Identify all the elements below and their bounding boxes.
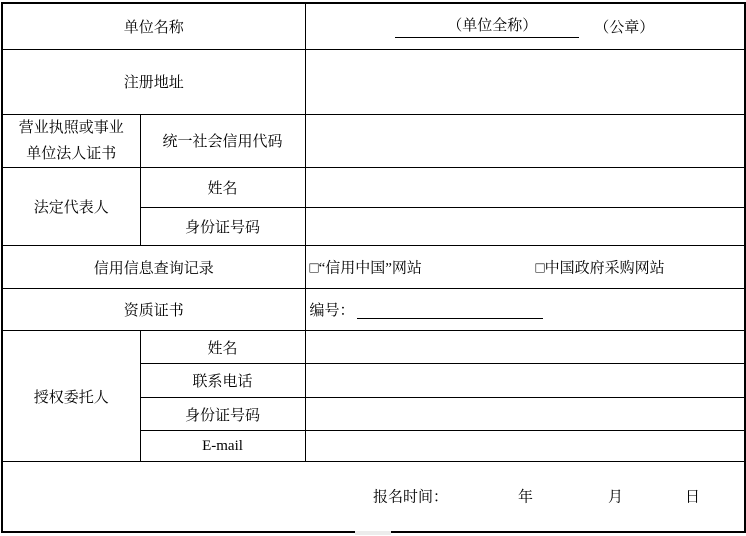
row-legal-rep-name: 法定代表人 姓名 — [2, 168, 745, 208]
qualification-label-cell: 资质证书 — [2, 289, 305, 331]
registered-address-label: 注册地址 — [124, 75, 184, 91]
seal-label: （公章） — [594, 16, 654, 37]
agent-id-label: 身份证号码 — [185, 408, 260, 424]
row-unit-name: 单位名称 （单位全称） （公章） — [2, 3, 745, 49]
credit-code-value-cell[interactable] — [305, 114, 745, 168]
qualification-number-blank[interactable] — [357, 300, 543, 319]
credit-code-label-cell: 统一社会信用代码 — [140, 114, 305, 168]
agent-name-value-cell[interactable] — [305, 331, 745, 364]
row-license: 营业执照或事业单位法人证书 统一社会信用代码 — [2, 114, 745, 168]
option-credit-china-label: “信用中国”网站 — [319, 261, 422, 277]
qualification-number-label: 编号： — [310, 299, 355, 320]
signup-time-label: 报名时间： — [373, 486, 448, 507]
credit-check-options-cell: □“信用中国”网站 □中国政府采购网站 — [305, 246, 745, 289]
license-label-cell: 营业执照或事业单位法人证书 — [2, 114, 140, 168]
unit-name-label: 单位名称 — [124, 20, 184, 36]
checkbox-gov-procurement-icon[interactable]: □ — [536, 261, 545, 277]
row-agent-name: 授权委托人 姓名 — [2, 331, 745, 364]
signup-time-year-label: 年 — [518, 486, 533, 507]
document-page: 单位名称 （单位全称） （公章） 注册地址 营业执照或事业单位法人证书 统一社会… — [0, 0, 746, 536]
legal-rep-id-value-cell[interactable] — [305, 208, 745, 246]
agent-phone-label-cell: 联系电话 — [140, 364, 305, 398]
registered-address-value-cell[interactable] — [305, 49, 745, 114]
credit-check-label: 信用信息查询记录 — [94, 261, 214, 277]
agent-email-label-cell: E-mail — [140, 431, 305, 462]
checkbox-credit-china-icon[interactable]: □ — [310, 261, 319, 277]
legal-rep-id-label: 身份证号码 — [185, 220, 260, 236]
agent-name-label: 姓名 — [208, 341, 238, 357]
legal-rep-name-label-cell: 姓名 — [140, 168, 305, 208]
legal-rep-label: 法定代表人 — [34, 200, 109, 216]
agent-id-value-cell[interactable] — [305, 398, 745, 431]
row-signup-time: 报名时间： 年 月 日 — [2, 462, 745, 532]
legal-rep-id-label-cell: 身份证号码 — [140, 208, 305, 246]
signup-time-day-label: 日 — [685, 486, 700, 507]
license-label: 营业执照或事业单位法人证书 — [15, 115, 128, 168]
qualification-label: 资质证书 — [124, 303, 184, 319]
agent-email-value-cell[interactable] — [305, 431, 745, 462]
agent-label-cell: 授权委托人 — [2, 331, 140, 462]
registration-form-table: 单位名称 （单位全称） （公章） 注册地址 营业执照或事业单位法人证书 统一社会… — [1, 2, 746, 533]
unit-name-fill-hint: （单位全称） — [447, 18, 537, 34]
row-registered-address: 注册地址 — [2, 49, 745, 114]
agent-id-label-cell: 身份证号码 — [140, 398, 305, 431]
credit-check-label-cell: 信用信息查询记录 — [2, 246, 305, 289]
legal-rep-label-cell: 法定代表人 — [2, 168, 140, 246]
unit-name-value-cell[interactable]: （单位全称） （公章） — [305, 3, 745, 49]
agent-phone-value-cell[interactable] — [305, 364, 745, 398]
unit-name-blank[interactable]: （单位全称） — [395, 15, 579, 39]
row-credit-check: 信用信息查询记录 □“信用中国”网站 □中国政府采购网站 — [2, 246, 745, 289]
agent-email-label: E-mail — [202, 438, 243, 454]
horizontal-scrollbar-thumb[interactable] — [355, 531, 391, 535]
signup-time-cell: 报名时间： 年 月 日 — [2, 462, 745, 532]
agent-label: 授权委托人 — [34, 390, 109, 406]
option-credit-china[interactable]: □“信用中国”网站 — [310, 257, 422, 278]
signup-time-month-label: 月 — [608, 486, 623, 507]
credit-code-label: 统一社会信用代码 — [163, 134, 283, 150]
legal-rep-name-value-cell[interactable] — [305, 168, 745, 208]
agent-name-label-cell: 姓名 — [140, 331, 305, 364]
registered-address-label-cell: 注册地址 — [2, 49, 305, 114]
agent-phone-label: 联系电话 — [193, 374, 253, 390]
legal-rep-name-label: 姓名 — [208, 181, 238, 197]
option-gov-procurement-label: 中国政府采购网站 — [545, 261, 665, 277]
row-qualification: 资质证书 编号： — [2, 289, 745, 331]
unit-name-label-cell: 单位名称 — [2, 3, 305, 49]
option-gov-procurement[interactable]: □中国政府采购网站 — [536, 257, 665, 278]
qualification-number-cell: 编号： — [305, 289, 745, 331]
